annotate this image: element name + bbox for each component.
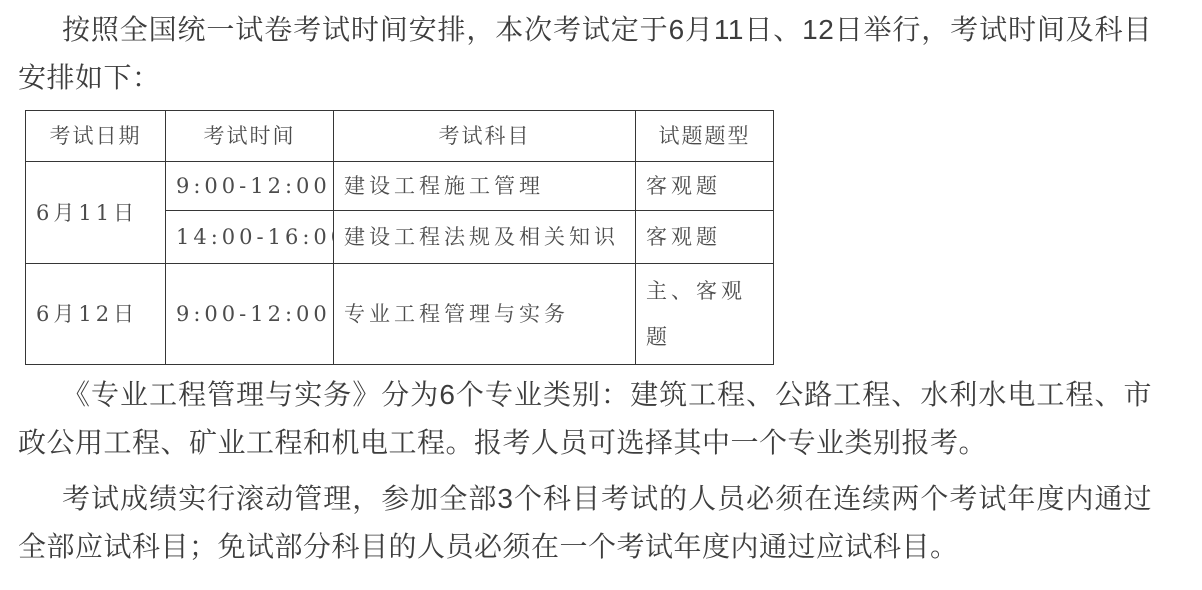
table-row: 6月12日 9:00-12:00 专业工程管理与实务 主、客观题	[26, 264, 774, 365]
cell-exam-time: 9:00-12:00	[166, 162, 334, 211]
column-header-exam-time: 考试时间	[166, 111, 334, 162]
exam-schedule-table: 考试日期 考试时间 考试科目 试题题型 6月11日 9:00-12:00 建设工…	[25, 110, 774, 365]
cell-exam-subject: 建设工程施工管理	[334, 162, 636, 211]
cell-exam-subject: 建设工程法规及相关知识	[334, 211, 636, 264]
table-row: 6月11日 9:00-12:00 建设工程施工管理 客观题	[26, 162, 774, 211]
column-header-question-type: 试题题型	[636, 111, 774, 162]
rolling-management-paragraph: 考试成绩实行滚动管理，参加全部3个科目考试的人员必须在连续两个考试年度内通过全部…	[18, 475, 1152, 571]
column-header-exam-subject: 考试科目	[334, 111, 636, 162]
categories-paragraph: 《专业工程管理与实务》分为6个专业类别：建筑工程、公路工程、水利水电工程、市政公…	[18, 371, 1152, 467]
cell-exam-date: 6月12日	[26, 264, 166, 365]
cell-exam-date: 6月11日	[26, 162, 166, 264]
cell-exam-subject: 专业工程管理与实务	[334, 264, 636, 365]
cell-exam-time: 14:00-16:00	[166, 211, 334, 264]
cell-question-type: 客观题	[636, 211, 774, 264]
intro-paragraph: 按照全国统一试卷考试时间安排，本次考试定于6月11日、12日举行，考试时间及科目…	[18, 6, 1152, 102]
column-header-exam-date: 考试日期	[26, 111, 166, 162]
table-header-row: 考试日期 考试时间 考试科目 试题题型	[26, 111, 774, 162]
cell-exam-time: 9:00-12:00	[166, 264, 334, 365]
cell-question-type: 主、客观题	[636, 264, 774, 365]
cell-question-type: 客观题	[636, 162, 774, 211]
exam-notice-document: 按照全国统一试卷考试时间安排，本次考试定于6月11日、12日举行，考试时间及科目…	[0, 0, 1202, 590]
